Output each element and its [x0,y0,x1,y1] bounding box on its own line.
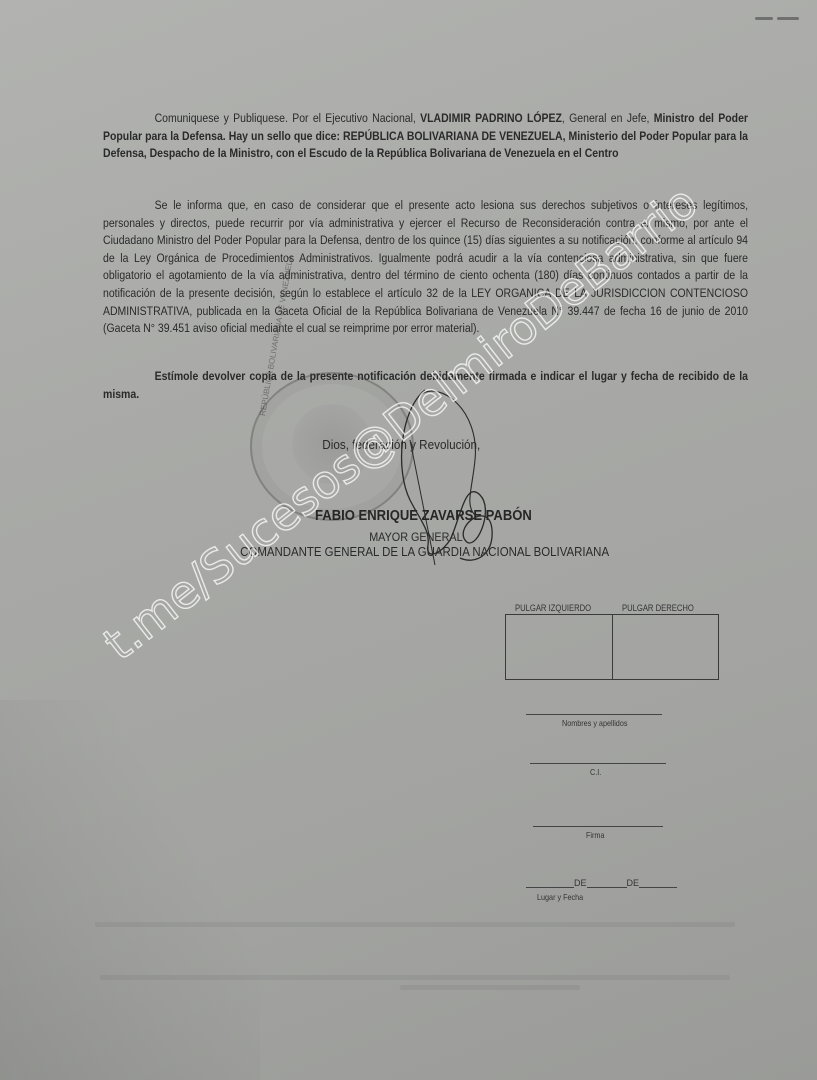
p1-rank: , General en Jefe, [562,111,654,125]
p2-text: Se le informa que, en caso de considerar… [103,198,748,335]
signature-label: Firma [586,830,604,840]
date-label: Lugar y Fecha [537,892,583,902]
paragraph-appeal-rights: Se le informa que, en caso de considerar… [103,197,748,338]
signature-line [533,826,663,827]
p1-lead: Comuniquese y Publiquese. Por el Ejecuti… [155,111,421,125]
right-thumb-cell [612,615,719,679]
bleed-through [100,975,730,980]
corner-mark [755,17,800,25]
left-thumb-cell [506,615,612,679]
handwritten-signature [380,380,520,570]
ci-line [530,763,666,764]
p1-seal-country: REPÚBLICA BOLIVARIANA DE VENEZUELA [343,129,563,143]
date-line: DEDE [526,877,677,888]
date-de-1: DE [574,878,587,888]
left-thumb-label: PULGAR IZQUIERDO [515,603,591,613]
right-thumb-label: PULGAR DERECHO [622,603,694,613]
page-shadow [0,700,260,1080]
paragraph-publication: Comuniquese y Publiquese. Por el Ejecuti… [103,110,748,163]
bleed-through [95,922,735,927]
name-line [526,714,662,715]
name-label: Nombres y apellidos [562,718,627,728]
ci-label: C.I. [590,767,601,777]
fingerprint-box [505,614,719,680]
date-de-2: DE [627,878,640,888]
bleed-through [400,985,580,990]
minister-name: VLADIMIR PADRINO LÓPEZ [420,111,562,125]
